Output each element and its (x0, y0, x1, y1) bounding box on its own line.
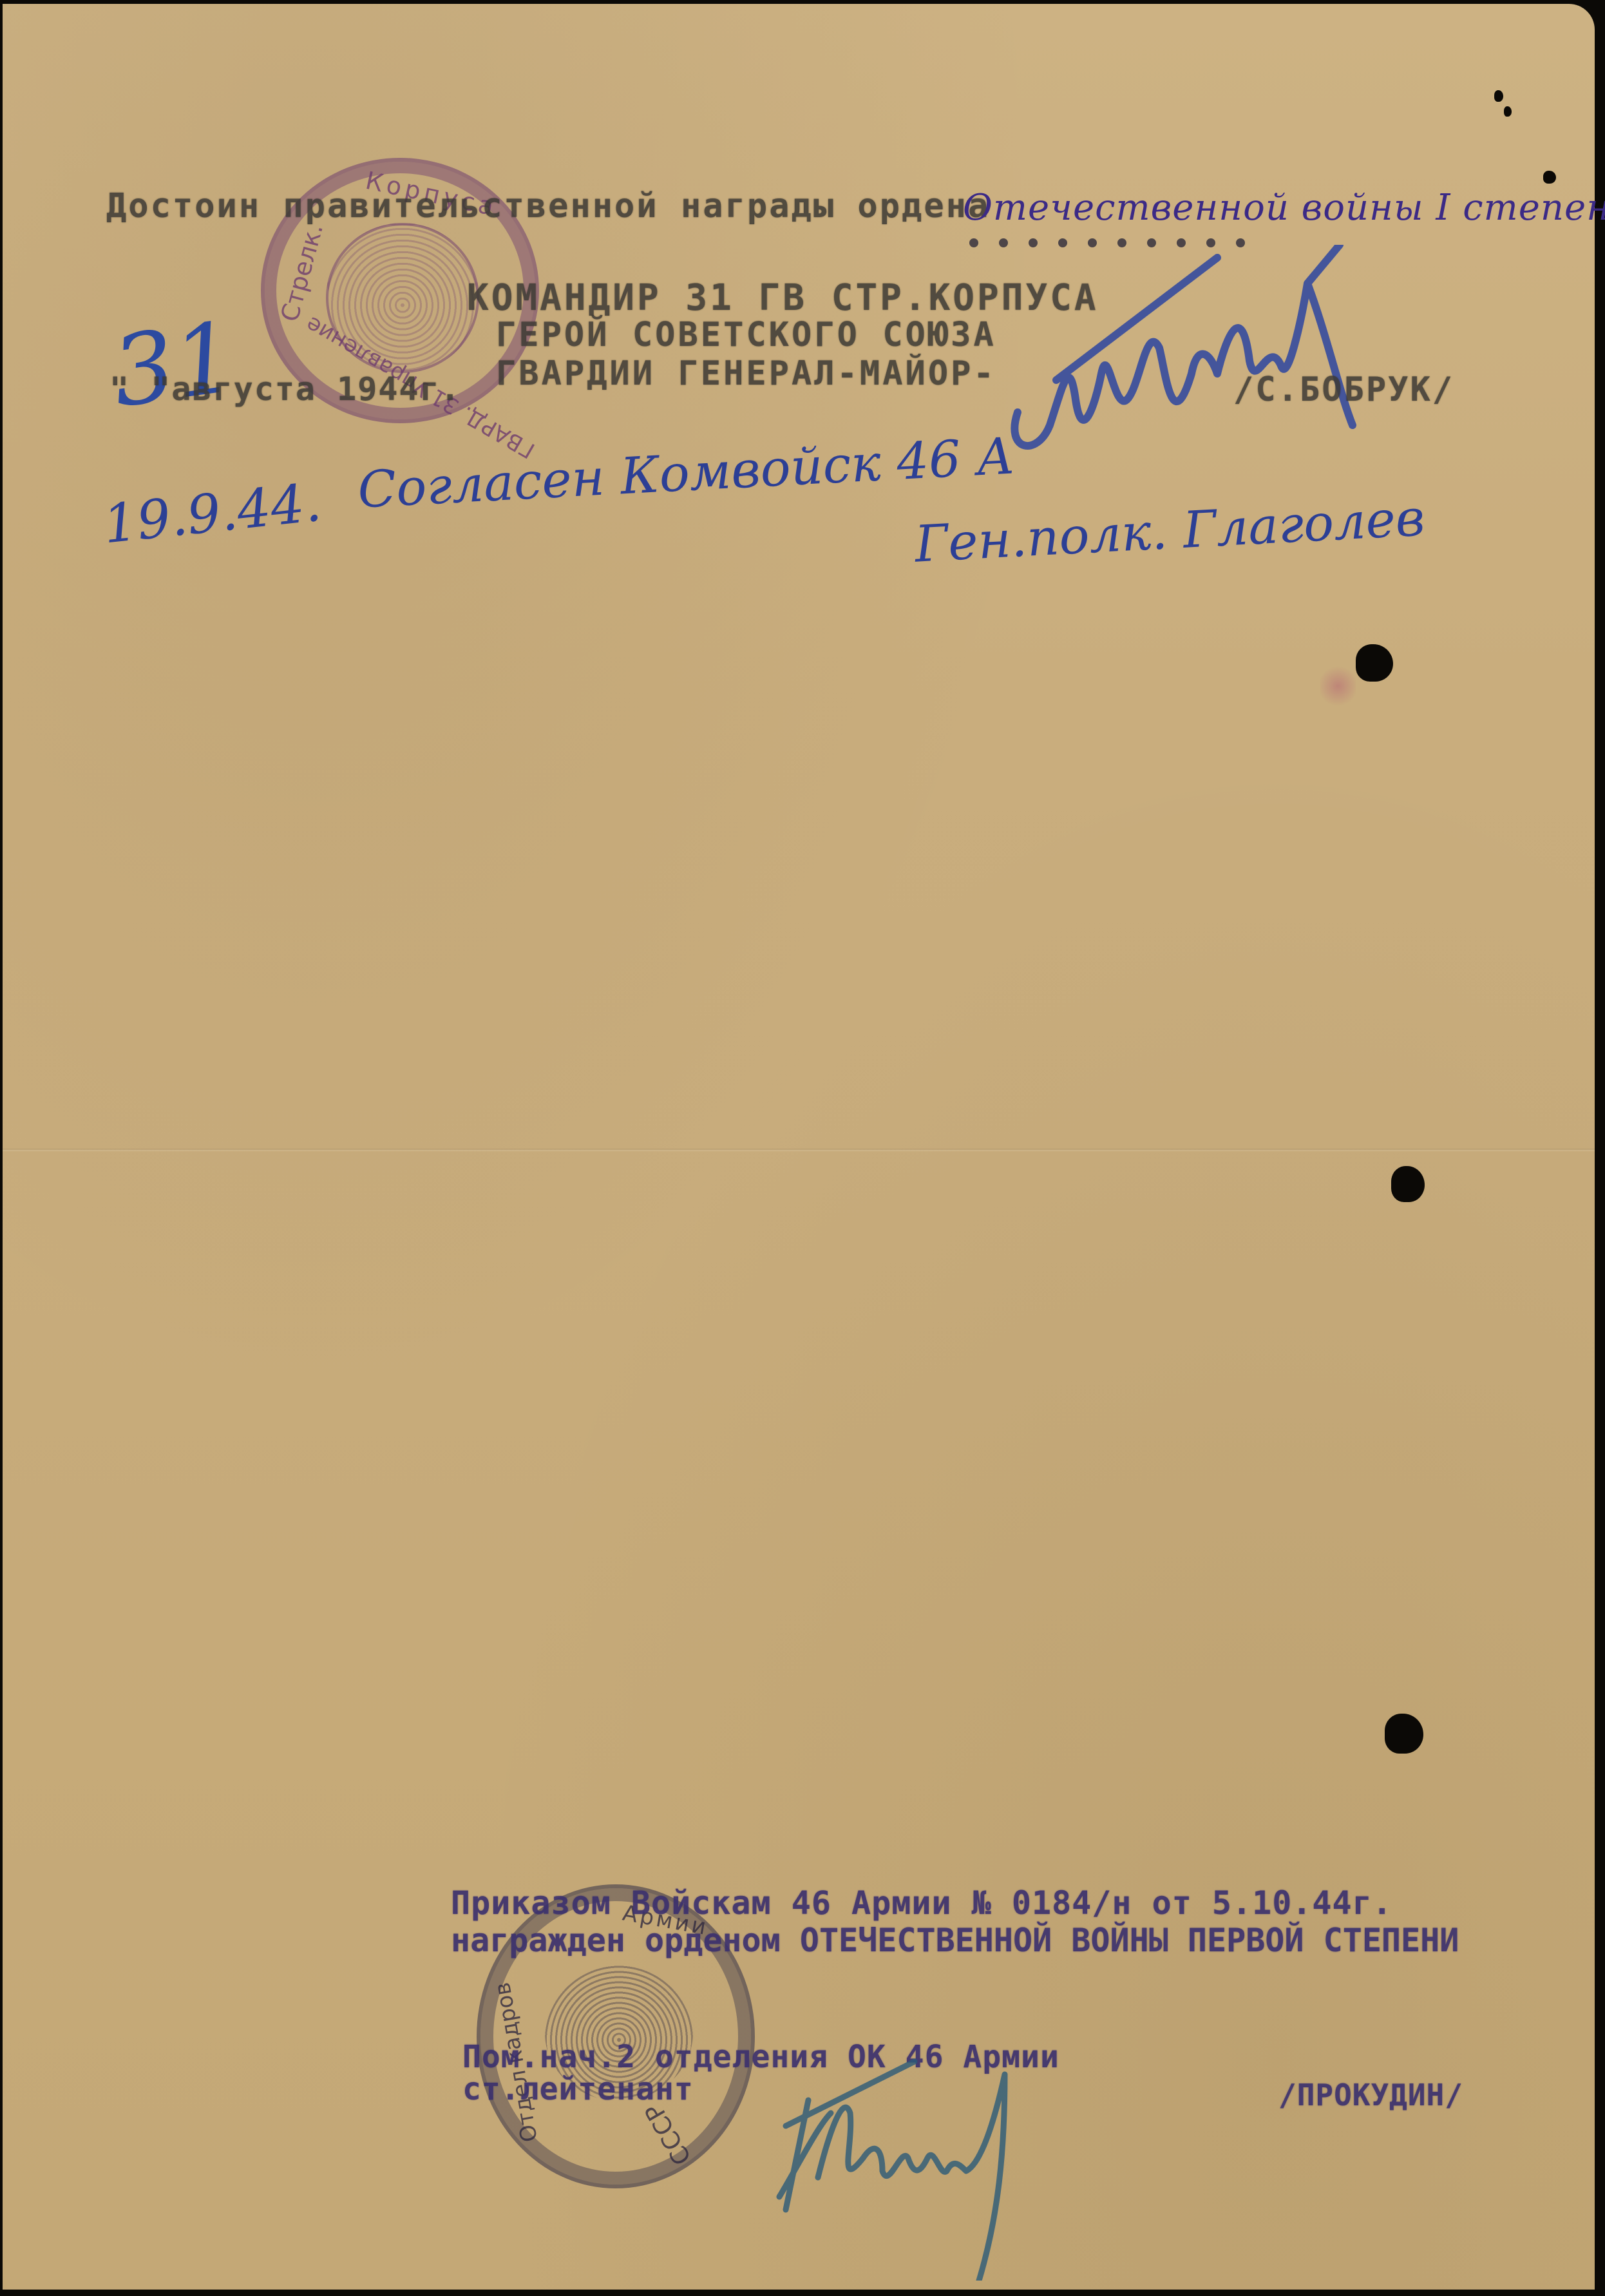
order-signer-title-2: ст.лейтенант (462, 2071, 694, 2107)
commander-title-line-3: ГВАРДИИ ГЕНЕРАЛ-МАЙОР- (496, 354, 996, 393)
commander-title-line-1: КОМАНДИР 31 ГВ СТР.КОРПУСА (467, 277, 1099, 319)
punch-hole (1504, 106, 1512, 117)
stamp-top-arc-left: Стрелк. (275, 220, 328, 325)
punch-hole (1385, 1714, 1423, 1754)
commander-title-line-2: ГЕРОЙ СОВЕТСКОГО СОЮЗА (496, 316, 996, 354)
date-typed: " "августа 1944г. (109, 370, 461, 408)
punch-hole (1391, 1166, 1425, 1202)
order-signer-name: /ПРОКУДИН/ (1278, 2078, 1463, 2112)
fold-crease (3, 1149, 1595, 1151)
punch-hole (1494, 90, 1503, 102)
stamp-bottom-arc-bottom: СССР (640, 2099, 697, 2170)
ink-smudge (1320, 664, 1356, 709)
punch-hole (1543, 171, 1556, 184)
signature-bobruk-icon (1005, 245, 1468, 451)
award-line-handwritten: Отечественной войны I степени. (963, 187, 1605, 229)
date-day-handwritten: 31 (106, 301, 243, 430)
punch-hole (1356, 644, 1393, 682)
order-line-2: награжден орденом ОТЕЧЕСТВЕННОЙ ВОЙНЫ ПЕ… (451, 1922, 1459, 1959)
signature-prokudin-icon (773, 2049, 1069, 2281)
commander-name: /С.БОБРУК/ (1233, 370, 1454, 409)
award-line-typed: Достоин правительственной награды ордена (106, 187, 990, 225)
order-line-1: Приказом Войскам 46 Армии № 0184/н от 5.… (451, 1884, 1392, 1922)
